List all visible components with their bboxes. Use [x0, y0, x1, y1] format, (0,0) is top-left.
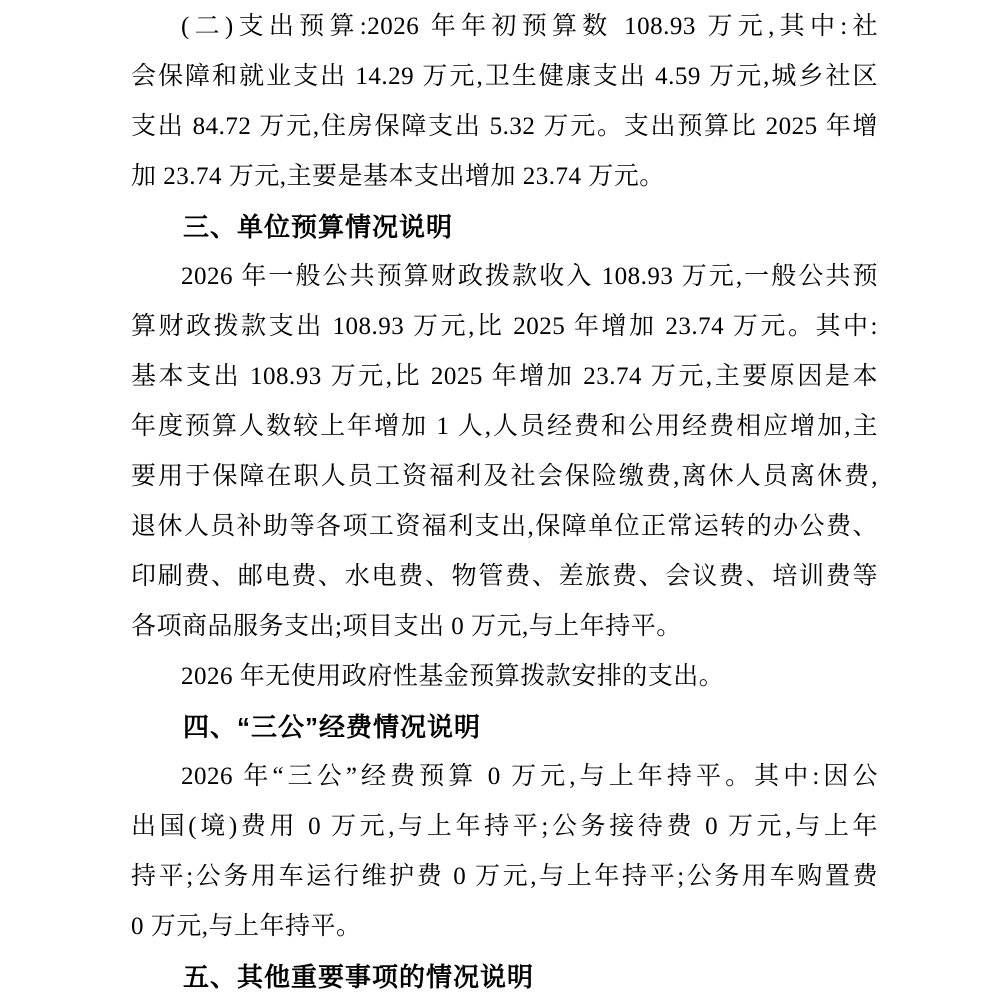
paragraph-line: 会保障和就业支出 14.29 万元,卫生健康支出 4.59 万元,城乡社区 [131, 52, 878, 102]
section-heading-other-important-matters: 五、其他重要事项的情况说明 [131, 952, 878, 1002]
paragraph-line: 印刷费、邮电费、水电费、物管费、差旅费、会议费、培训费等 [131, 552, 878, 602]
paragraph-line: (二)支出预算:2026 年年初预算数 108.93 万元,其中:社 [131, 2, 878, 52]
document-page: (二)支出预算:2026 年年初预算数 108.93 万元,其中:社 会保障和就… [0, 0, 1000, 1002]
paragraph-line: 支出 84.72 万元,住房保障支出 5.32 万元。支出预算比 2025 年增 [131, 102, 878, 152]
paragraph-line: 加 23.74 万元,主要是基本支出增加 23.74 万元。 [131, 152, 878, 202]
paragraph-line: 算财政拨款支出 108.93 万元,比 2025 年增加 23.74 万元。其中… [131, 302, 878, 352]
paragraph-line: 基本支出 108.93 万元,比 2025 年增加 23.74 万元,主要原因是… [131, 352, 878, 402]
paragraph-line: 年度预算人数较上年增加 1 人,人员经费和公用经费相应增加,主 [131, 402, 878, 452]
paragraph-line: 出国(境)费用 0 万元,与上年持平;公务接待费 0 万元,与上年 [131, 802, 878, 852]
section-heading-three-public-funds: 四、“三公”经费情况说明 [131, 702, 878, 752]
paragraph-line: 2026 年无使用政府性基金预算拨款安排的支出。 [131, 652, 878, 702]
paragraph-line: 2026 年一般公共预算财政拨款收入 108.93 万元,一般公共预 [131, 252, 878, 302]
paragraph-line: 退休人员补助等各项工资福利支出,保障单位正常运转的办公费、 [131, 502, 878, 552]
paragraph-line: 要用于保障在职人员工资福利及社会保险缴费,离休人员离休费, [131, 452, 878, 502]
section-heading-unit-budget: 三、单位预算情况说明 [131, 202, 878, 252]
paragraph-line: 持平;公务用车运行维护费 0 万元,与上年持平;公务用车购置费 [131, 852, 878, 902]
paragraph-line: 0 万元,与上年持平。 [131, 902, 878, 952]
paragraph-line: 各项商品服务支出;项目支出 0 万元,与上年持平。 [131, 602, 878, 652]
paragraph-line: 2026 年“三公”经费预算 0 万元,与上年持平。其中:因公 [131, 752, 878, 802]
